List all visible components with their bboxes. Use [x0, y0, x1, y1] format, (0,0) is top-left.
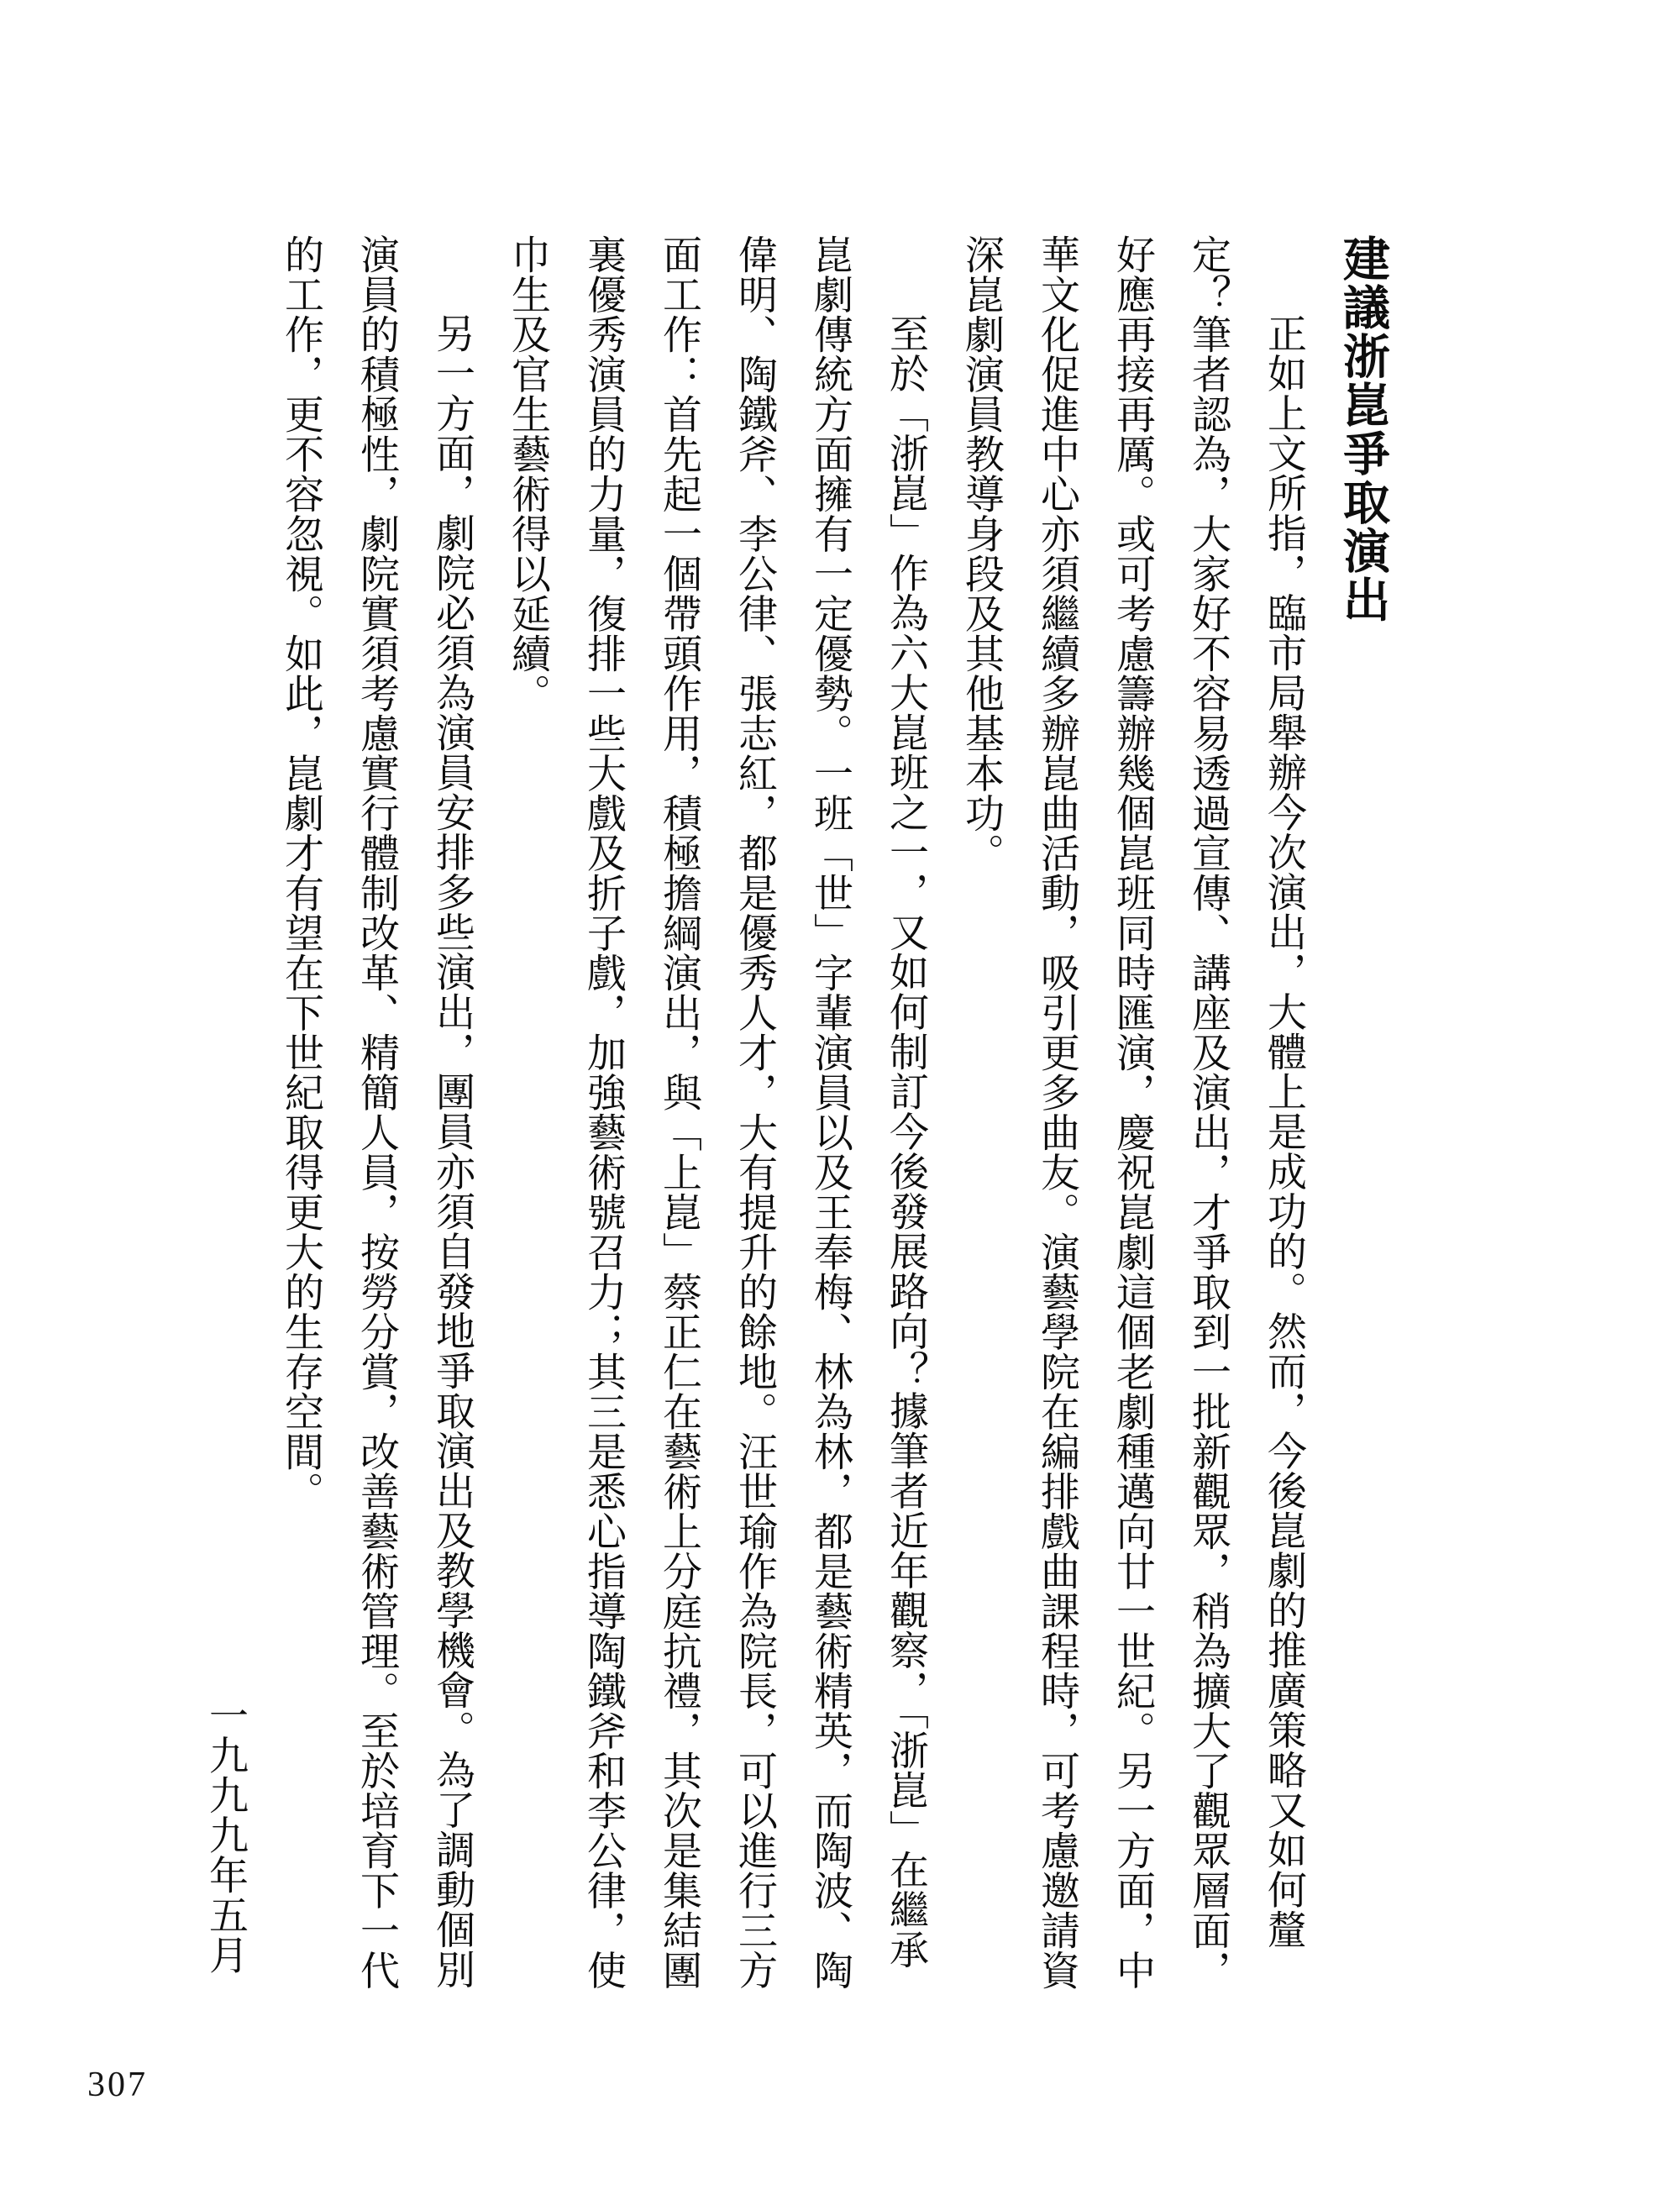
book-page: 建議浙崑爭取演出 正如上文所指，臨市局舉辦今次演出，大體上是成功的。然而，今後崑… [0, 0, 1680, 2205]
paragraph-2: 至於「浙崑」作為六大崑班之一，又如何制訂今後發展路向？據筆者近年觀察，「浙崑」在… [490, 234, 943, 1990]
article-title: 建議浙崑爭取演出 [1321, 234, 1403, 1990]
article: 建議浙崑爭取演出 正如上文所指，臨市局舉辦今次演出，大體上是成功的。然而，今後崑… [187, 234, 1403, 1990]
page-number: 307 [87, 2065, 148, 2105]
date-line: 一九九九年五月 [187, 234, 263, 1990]
paragraph-1: 正如上文所指，臨市局舉辦今次演出，大體上是成功的。然而，今後崑劇的推廣策略又如何… [943, 234, 1321, 1990]
paragraph-3: 另一方面，劇院必須為演員安排多些演出，團員亦須自發地爭取演出及教學機會。為了調動… [263, 234, 490, 1990]
